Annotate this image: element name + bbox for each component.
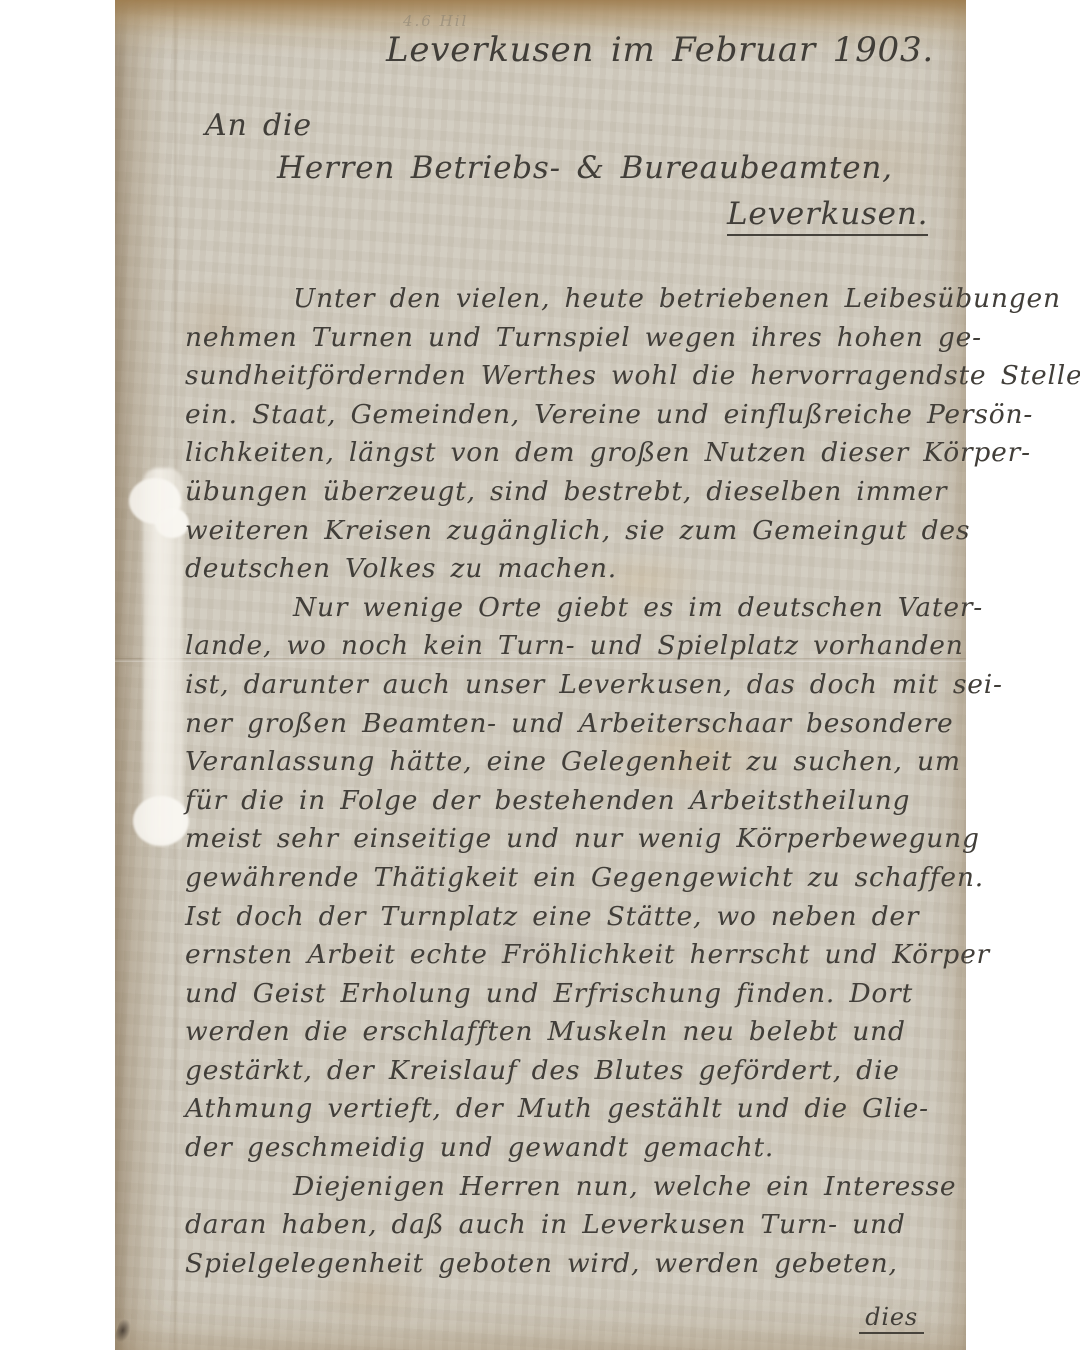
letter-line: Spielgelegenheit geboten wird, werden ge…: [115, 1248, 966, 1287]
recipient-name: Herren Betriebs- & Bureaubeamten,: [277, 150, 893, 186]
ink-smudge: [113, 1315, 136, 1348]
letter-line: sundheitfördernden Werthes wohl die herv…: [115, 360, 966, 399]
letter-line: Unter den vielen, heute betriebenen Leib…: [115, 283, 966, 322]
letter-line: gestärkt, der Kreislauf des Blutes geför…: [115, 1055, 966, 1094]
letter-line: Ist doch der Turnplatz eine Stätte, wo n…: [115, 901, 966, 940]
recipient-salutation: An die: [205, 108, 312, 143]
letter-line: für die in Folge der bestehenden Arbeits…: [115, 785, 966, 824]
letter-line: daran haben, daß auch in Leverkusen Turn…: [115, 1209, 966, 1248]
letter-line: deutschen Volkes zu machen.: [115, 553, 966, 592]
letter-line: ner großen Beamten- und Arbeiterschaar b…: [115, 708, 966, 747]
scan-canvas: 4.6 Hil Leverkusen im Februar 1903. An d…: [0, 0, 1080, 1350]
letter-line: lichkeiten, längst von dem großen Nutzen…: [115, 437, 966, 476]
letter-line: meist sehr einseitige und nur wenig Körp…: [115, 823, 966, 862]
letter-line: Veranlassung hätte, eine Gelegenheit zu …: [115, 746, 966, 785]
letter-line: Nur wenige Orte giebt es im deutschen Va…: [115, 592, 966, 631]
letter-page: 4.6 Hil Leverkusen im Februar 1903. An d…: [115, 0, 966, 1350]
letter-body: Unter den vielen, heute betriebenen Leib…: [115, 283, 966, 1286]
letter-line: ist, darunter auch unser Leverkusen, das…: [115, 669, 966, 708]
letter-line: und Geist Erholung und Erfrischung finde…: [115, 978, 966, 1017]
letter-line: Diejenigen Herren nun, welche ein Intere…: [115, 1171, 966, 1210]
letter-line: ernsten Arbeit echte Fröhlichkeit herrsc…: [115, 939, 966, 978]
catchword-underlined: dies: [859, 1303, 924, 1334]
pencil-annotation: 4.6 Hil: [403, 12, 468, 30]
letter-line: lande, wo noch kein Turn- und Spielplatz…: [115, 630, 966, 669]
letter-line: übungen überzeugt, sind bestrebt, diesel…: [115, 476, 966, 515]
letter-line: der geschmeidig und gewandt gemacht.: [115, 1132, 966, 1171]
letter-line: werden die erschlafften Muskeln neu bele…: [115, 1016, 966, 1055]
dateline: Leverkusen im Februar 1903.: [115, 30, 966, 70]
letter-line: gewährende Thätigkeit ein Gegengewicht z…: [115, 862, 966, 901]
letter-line: weiteren Kreisen zugänglich, sie zum Gem…: [115, 515, 966, 554]
letter-line: nehmen Turnen und Turnspiel wegen ihres …: [115, 322, 966, 361]
recipient-place-underlined: Leverkusen.: [727, 196, 928, 236]
letter-line: Athmung vertieft, der Muth gestählt und …: [115, 1093, 966, 1132]
letter-line: ein. Staat, Gemeinden, Vereine und einfl…: [115, 399, 966, 438]
